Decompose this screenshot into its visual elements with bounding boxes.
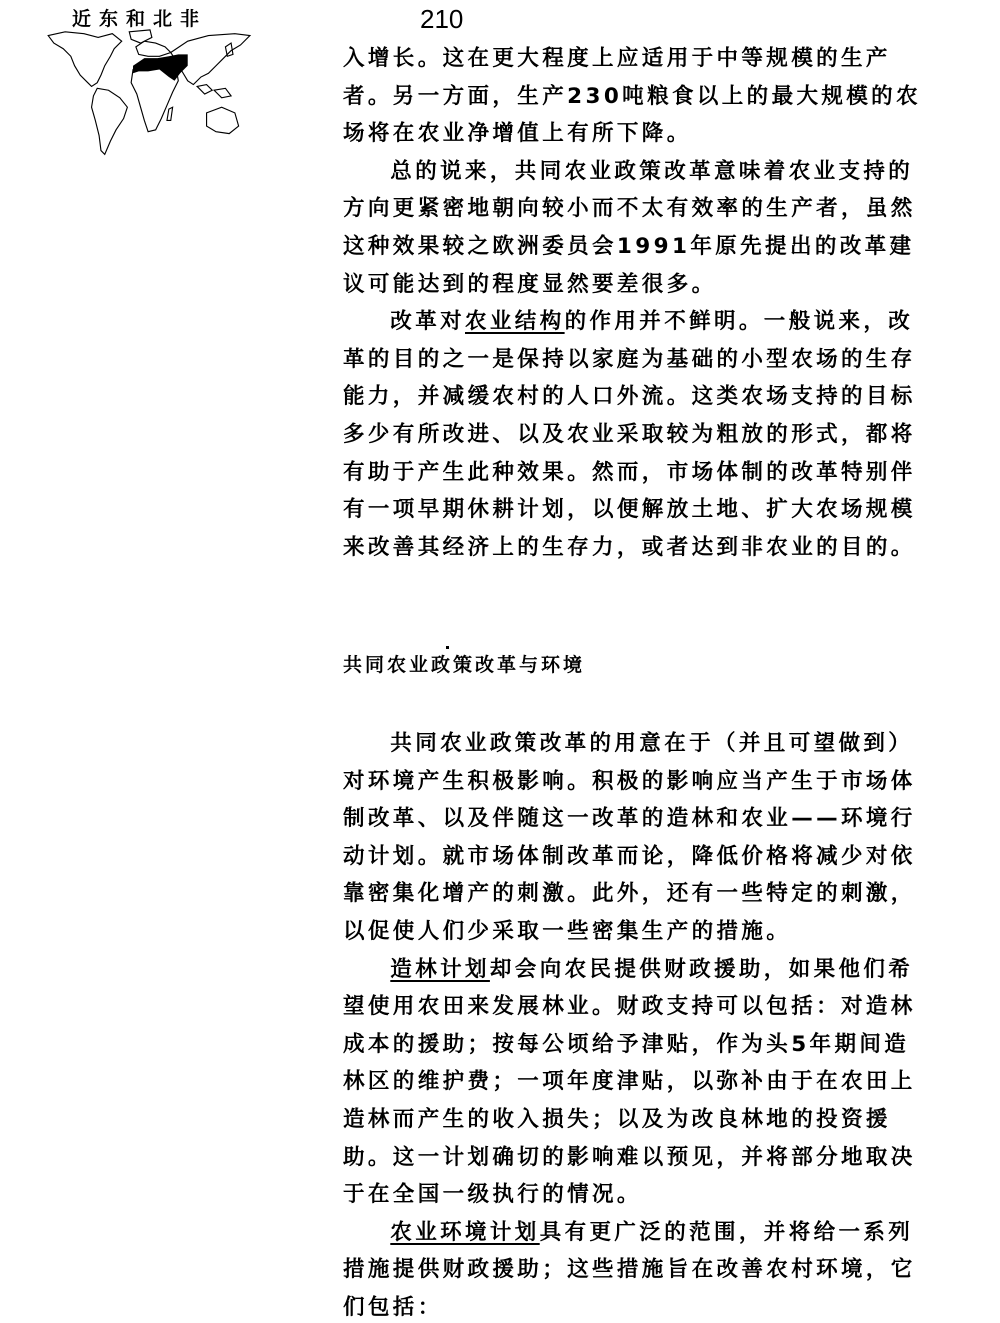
- paragraph: 造林计划却会向农民提供财政援助，如果他们希望使用农田来发展林业。财政支持可以包括…: [343, 951, 923, 1214]
- paragraph: 入增长。这在更大程度上应适用于中等规模的生产者。另一方面，生产230吨粮食以上的…: [343, 40, 923, 153]
- paragraph-text: 却会向农民提供财政援助，如果他们希望使用农田来发展林业。财政支持可以包括：对造林…: [343, 957, 916, 1208]
- paragraph: 改革对农业结构的作用并不鲜明。一般说来，改革的目的之一是保持以家庭为基础的小型农…: [343, 303, 923, 566]
- section-1-body: 入增长。这在更大程度上应适用于中等规模的生产者。另一方面，生产230吨粮食以上的…: [343, 40, 923, 566]
- paragraph: 总的说来，共同农业政策改革意味着农业支持的方向更紧密地朝向较小而不太有效率的生产…: [343, 153, 923, 303]
- paragraph: 农业环境计划具有更广泛的范围，并将给一系列措施提供财政援助；这些措施旨在改善农村…: [343, 1214, 923, 1323]
- paragraph: 共同农业政策改革的用意在于（并且可望做到）对环境产生积极影响。积极的影响应当产生…: [343, 725, 923, 951]
- world-map-icon: [44, 28, 256, 160]
- section-2-body: 共同农业政策改革的用意在于（并且可望做到）对环境产生积极影响。积极的影响应当产生…: [343, 725, 923, 1323]
- paragraph-text: 改革对: [390, 309, 465, 334]
- term-afforestation-plan-link[interactable]: 造林计划: [390, 957, 490, 982]
- page-number: 210: [420, 4, 463, 35]
- paragraph-text: 的作用并不鲜明。一般说来，改革的目的之一是保持以家庭为基础的小型农场的生存能力，…: [343, 309, 916, 560]
- region-title: 近东和北非: [72, 4, 207, 31]
- section-heading: 共同农业政策改革与环境: [343, 650, 585, 677]
- term-agri-environment-plan-link[interactable]: 农业环境计划: [390, 1220, 539, 1245]
- term-agricultural-structure-link[interactable]: 农业结构: [465, 309, 565, 334]
- stray-dot: [446, 646, 449, 649]
